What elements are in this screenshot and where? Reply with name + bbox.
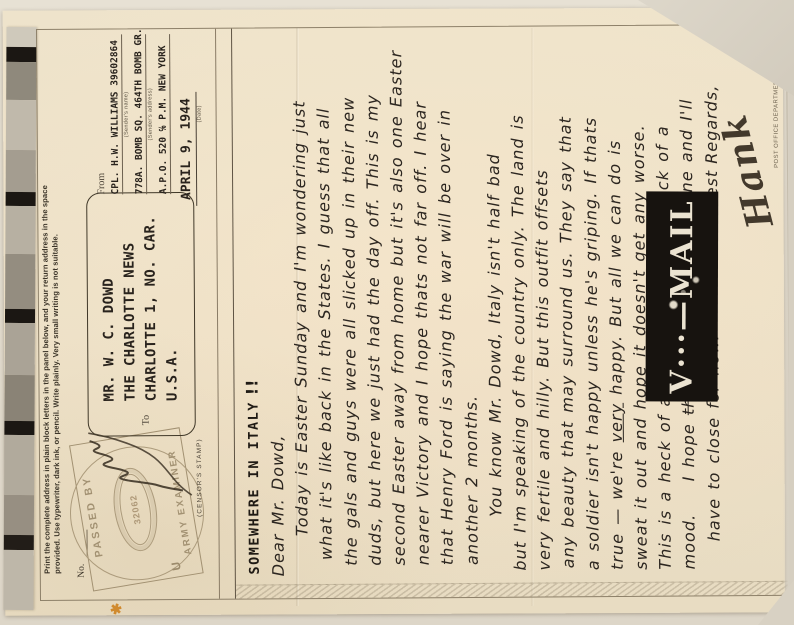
letter-text: any beauty that may surround us. They sa… — [556, 116, 578, 568]
message-area: SOMEWHERE IN ITALY!! Dear Mr. Dowd,Today… — [233, 31, 794, 585]
letter-line: very fertile and hilly. But this outfit … — [529, 32, 557, 570]
letter-line: duds, but here we just had the day off. … — [360, 34, 388, 566]
to-label: To — [141, 415, 152, 425]
letter-text: what it's like back in the States. I gue… — [314, 107, 336, 560]
letter-text: that Henry Ford is saying the war will b… — [435, 109, 457, 565]
film-step — [6, 150, 36, 192]
letter-text: but I'm speaking of the country only. Th… — [508, 114, 530, 570]
letter-text: nearer Victory and I hope thats not far … — [411, 101, 433, 565]
rotated-form-wrapper: Print the complete address in plain bloc… — [36, 26, 794, 601]
letter-text: second Easter away from home but it's al… — [386, 50, 409, 566]
letter-text: Today is Easter Sunday and I'm wondering… — [290, 100, 312, 536]
to-address-line: MR. W. C. DOWD — [98, 216, 120, 402]
vmail-form: Print the complete address in plain bloc… — [36, 24, 794, 601]
to-address-line: U.S.A. — [161, 216, 183, 402]
sender-apo: A.P.O. 520 ℅ P.M. NEW YORK — [157, 34, 171, 194]
letter-line: a soldier isn't happy unless he's gripin… — [578, 32, 606, 570]
film-step — [6, 192, 36, 206]
letter-line: the gals and guys were all slicked up in… — [336, 34, 364, 566]
sender-name-caption: (Sender's name) — [123, 34, 130, 194]
letter-text: the gals and guys were all slicked up in… — [338, 97, 360, 566]
letter-text: very fertile and hilly. But this outfit … — [532, 169, 554, 570]
to-address-line: CHARLOTTE 1, NO. CAR. — [140, 216, 162, 402]
letter-text: very — [606, 403, 625, 443]
censor-letter: U — [169, 561, 184, 572]
letter-text: a soldier isn't happy unless he's gripin… — [580, 117, 602, 570]
letter-text: mood. I hope — [679, 415, 699, 570]
censor-stamp: PASSED BY 32062 ARMY EXAMINER U — [69, 427, 204, 591]
sender-unit: 778A. BOMB SQ. 464TH BOMB GR. — [133, 34, 147, 194]
vmail-logo-text: V···—MAIL — [664, 199, 700, 393]
no-field-label: No. — [77, 564, 87, 578]
film-step — [5, 323, 35, 375]
location-text: SOMEWHERE IN ITALY — [246, 401, 263, 574]
film-step — [5, 206, 35, 254]
sender-address-caption: (Sender's address) — [147, 34, 154, 194]
form-header: No. PASSED BY 32062 ARMY EXAMINER U (CEN… — [67, 29, 231, 600]
margin-asterisk-mark: ✱ — [108, 600, 123, 619]
sender-name: CPL. H.W. WILLIAMS 39602864 — [109, 34, 123, 194]
film-step — [5, 254, 35, 309]
film-step — [4, 435, 34, 495]
letter-date: APRIL 9, 1944 — [178, 92, 197, 206]
letter-line: that Henry Ford is saying the war will b… — [432, 33, 460, 565]
film-density-strip — [3, 27, 36, 610]
letter-text: another 2 months. — [461, 395, 481, 565]
film-step — [6, 100, 36, 150]
date-caption: (Date) — [196, 34, 203, 194]
form-instructions: Print the complete address in plain bloc… — [39, 40, 62, 574]
vmail-logo-icon: V···—MAIL — [647, 192, 718, 400]
letter-text: You know Mr. Dowd, Italy isn't half bad — [484, 153, 506, 517]
film-step — [4, 421, 34, 435]
film-step — [3, 550, 33, 610]
to-address: MR. W. C. DOWD THE CHARLOTTE NEWS CHARLO… — [98, 216, 183, 402]
film-step — [4, 535, 34, 550]
film-step — [6, 27, 36, 47]
letter-line: but I'm speaking of the country only. Th… — [505, 33, 533, 571]
letter-line: You know Mr. Dowd, Italy isn't half bad — [481, 33, 509, 517]
location-stamp: SOMEWHERE IN ITALY!! — [242, 379, 262, 575]
letter-text: happy. But all we can do is — [605, 140, 626, 403]
location-exclamation: !! — [242, 379, 261, 396]
letter-text: duds, but here we just had the day off. … — [362, 94, 384, 566]
letter-line: true — we're very happy. But all we can … — [602, 32, 630, 570]
letter-text: true — we're — [607, 442, 627, 570]
letter-line: another 2 months. — [457, 33, 485, 565]
film-step — [4, 495, 34, 535]
film-step — [4, 375, 34, 421]
vmail-scan: ✱ Print the complete address in plain bl… — [0, 0, 794, 625]
letter-text: Dear Mr. Dowd, — [268, 434, 288, 576]
to-address-line: THE CHARLOTTE NEWS — [119, 216, 141, 402]
film-step — [6, 47, 36, 62]
letter-line: second Easter away from home but it's al… — [384, 33, 412, 565]
film-step — [5, 309, 35, 323]
to-address-box: To MR. W. C. DOWD THE CHARLOTTE NEWS CHA… — [86, 192, 196, 437]
from-block: From CPL. H.W. WILLIAMS 39602864 (Sender… — [95, 34, 207, 195]
from-label: From — [95, 35, 107, 195]
letter-line: nearer Victory and I hope thats not far … — [408, 33, 436, 565]
film-step — [6, 62, 36, 100]
letter-line: Today is Easter Sunday and I'm wondering… — [287, 34, 315, 536]
censor-stamp-caption: (CENSOR'S STAMP) — [196, 438, 204, 517]
letter-line: what it's like back in the States. I gue… — [311, 34, 339, 560]
letter-line: any beauty that may surround us. They sa… — [553, 32, 581, 568]
